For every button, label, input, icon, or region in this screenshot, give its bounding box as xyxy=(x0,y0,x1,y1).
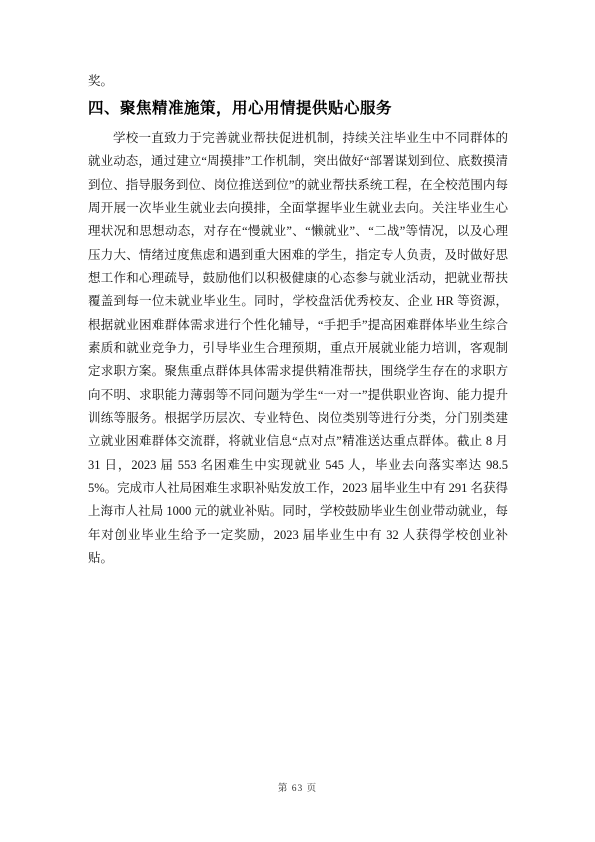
page-content: 奖。 四、聚焦精准施策，用心用情提供贴心服务 学校一直致力于完善就业帮扶促进机制… xyxy=(88,75,508,570)
body-paragraph: 学校一直致力于完善就业帮扶促进机制，持续关注毕业生中不同群体的就业动态，通过建立… xyxy=(88,127,508,570)
page-footer: 第 63 页 xyxy=(0,778,595,796)
paragraph-continuation: 奖。 xyxy=(88,75,508,88)
page-number: 第 63 页 xyxy=(278,784,317,794)
section-heading: 四、聚焦精准施策，用心用情提供贴心服务 xyxy=(88,99,508,118)
